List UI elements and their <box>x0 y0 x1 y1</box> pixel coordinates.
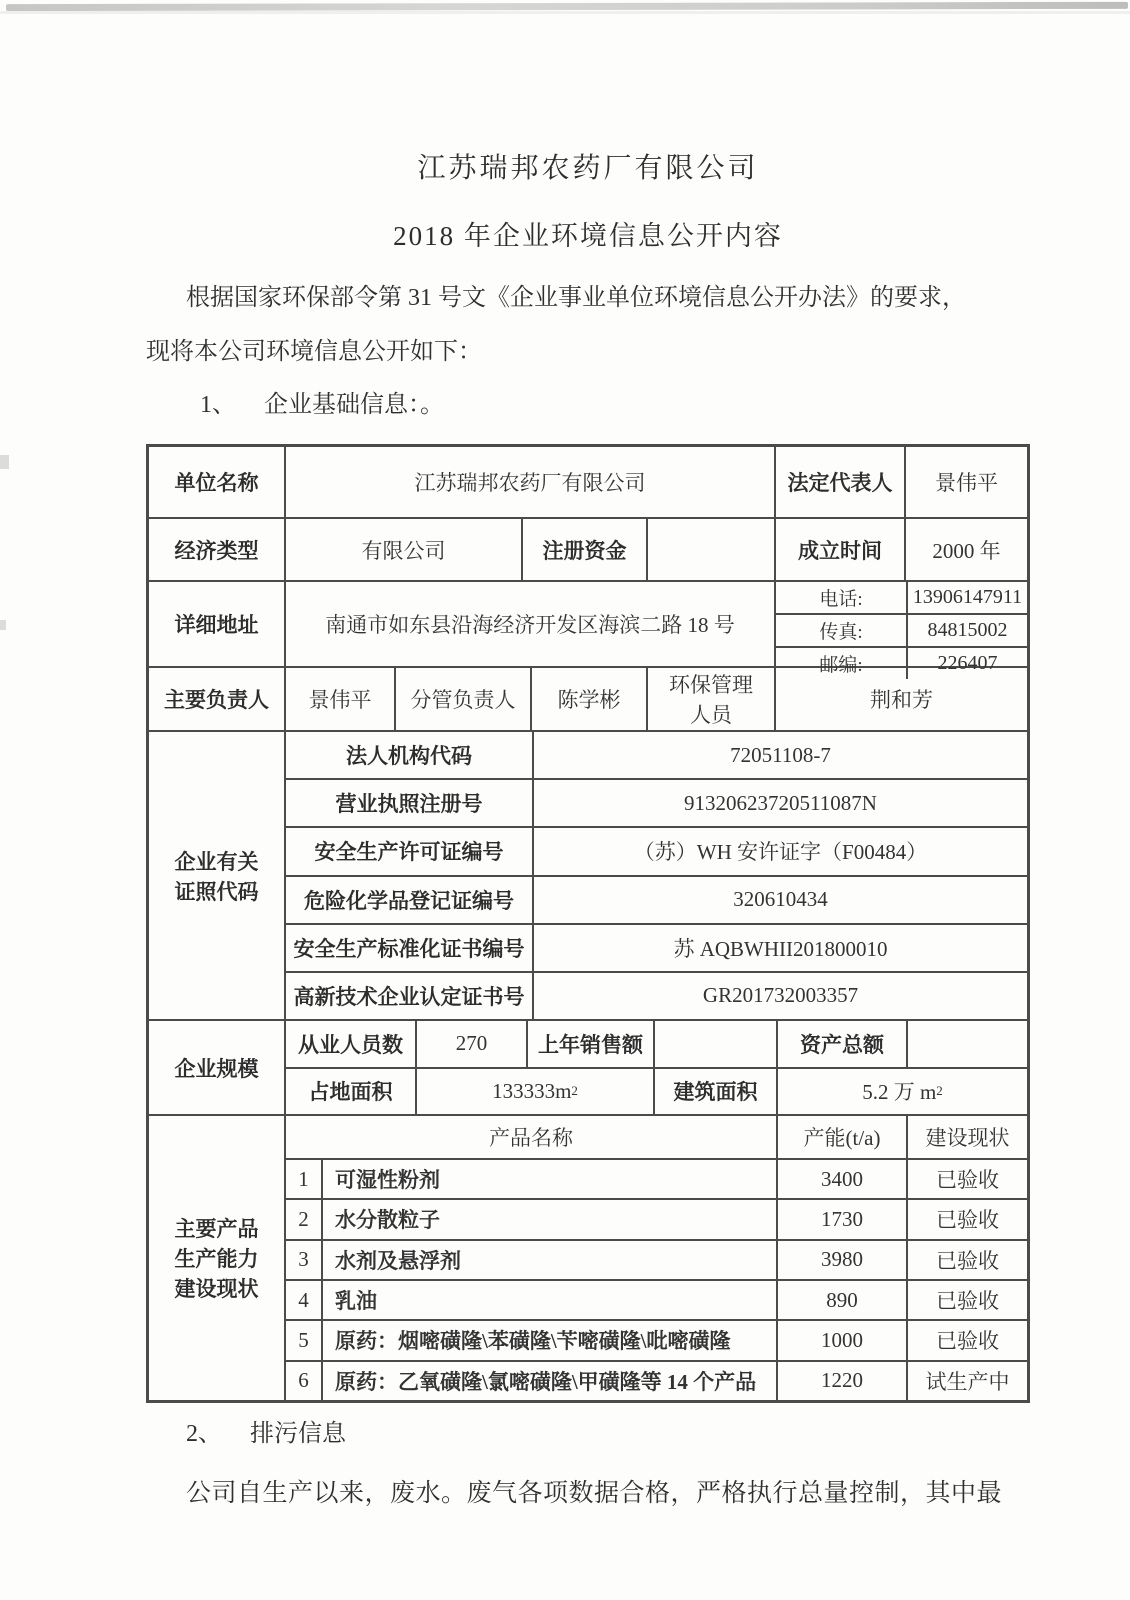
product-name: 原药：烟嘧磺隆\苯磺隆\苄嘧磺隆\吡嘧磺隆 <box>321 1321 776 1359</box>
sales-value <box>653 1021 776 1067</box>
established-value: 2000 年 <box>904 519 1027 580</box>
section-2-title: 排污信息 <box>250 1421 346 1447</box>
product-status: 已验收 <box>906 1281 1027 1319</box>
principal-label: 主要负责人 <box>149 668 284 730</box>
deputy-label: 分管负责人 <box>394 668 530 730</box>
product-no: 6 <box>286 1362 321 1400</box>
land-area-value: 133333m2 <box>415 1069 653 1115</box>
contact-row-phone: 电话: 13906147911 <box>776 582 1027 613</box>
license-value: 72051108-7 <box>532 732 1027 778</box>
product-no: 5 <box>286 1321 321 1359</box>
products-section-label: 主要产品生产能力建设现状 <box>149 1116 284 1400</box>
land-area-label: 占地面积 <box>286 1069 415 1115</box>
products-subtable: 产品名称 产能(t/a) 建设现状 1 可湿性粉剂 3400 已验收 2 水分散… <box>284 1116 1027 1400</box>
products-header-row: 产品名称 产能(t/a) 建设现状 <box>286 1116 1027 1158</box>
table-row-address: 详细地址 南通市如东县沿海经济开发区海滨二路 18 号 电话: 13906147… <box>149 580 1027 666</box>
table-row-unit-name: 单位名称 江苏瑞邦农药厂有限公司 法定代表人 景伟平 <box>149 447 1027 517</box>
licenses-subtable: 法人机构代码 72051108-7 营业执照注册号 91320623720511… <box>284 732 1027 1019</box>
product-name: 乳油 <box>321 1281 776 1319</box>
fax-value: 84815002 <box>906 615 1027 646</box>
legal-rep-value: 景伟平 <box>904 447 1027 517</box>
intro-line-1: 根据国家环保部令第 31 号文《企业事业单位环境信息公开办法》的要求， <box>146 271 1030 325</box>
license-label: 安全生产许可证编号 <box>286 828 532 874</box>
product-name: 水分散粒子 <box>321 1200 776 1238</box>
product-capacity: 1220 <box>776 1362 906 1400</box>
product-status: 试生产中 <box>906 1362 1027 1400</box>
product-capacity: 890 <box>776 1281 906 1319</box>
license-row: 危险化学品登记证编号 320610434 <box>286 875 1027 923</box>
table-section-products: 主要产品生产能力建设现状 产品名称 产能(t/a) 建设现状 1 可湿性粉剂 3… <box>149 1114 1027 1400</box>
license-value: GR201732003357 <box>532 973 1027 1019</box>
table-section-scale: 企业规模 从业人员数 270 上年销售额 资产总额 占地面积 133333m2 … <box>149 1019 1027 1114</box>
phone-label: 电话: <box>776 582 906 613</box>
fax-label: 传真: <box>776 615 906 646</box>
sales-label: 上年销售额 <box>526 1021 653 1067</box>
intro-line-2: 现将本公司环境信息公开如下： <box>146 325 1030 379</box>
assets-value <box>906 1021 1027 1067</box>
product-row: 6 原药：乙氧磺隆\氯嘧磺隆\甲磺隆等 14 个产品 1220 试生产中 <box>286 1360 1027 1400</box>
license-value: 苏 AQBWHII201800010 <box>532 925 1027 971</box>
scale-subtable: 从业人员数 270 上年销售额 资产总额 占地面积 133333m2 建筑面积 … <box>284 1021 1027 1114</box>
product-row: 4 乳油 890 已验收 <box>286 1279 1027 1319</box>
license-label: 高新技术企业认定证书号 <box>286 973 532 1019</box>
product-name: 水剂及悬浮剂 <box>321 1241 776 1279</box>
product-no: 2 <box>286 1200 321 1238</box>
product-row: 3 水剂及悬浮剂 3980 已验收 <box>286 1239 1027 1279</box>
license-row: 法人机构代码 72051108-7 <box>286 732 1027 778</box>
table-section-licenses: 企业有关证照代码 法人机构代码 72051108-7 营业执照注册号 91320… <box>149 730 1027 1019</box>
product-status: 已验收 <box>906 1200 1027 1238</box>
address-value: 南通市如东县沿海经济开发区海滨二路 18 号 <box>284 582 774 666</box>
closing-paragraph: 公司自生产以来，废水。废气各项数据合格，严格执行总量控制，其中最 <box>146 1473 1030 1509</box>
license-value: （苏）WH 安许证字（F00484） <box>532 828 1027 874</box>
phone-value: 13906147911 <box>906 582 1027 613</box>
product-row: 5 原药：烟嘧磺隆\苯磺隆\苄嘧磺隆\吡嘧磺隆 1000 已验收 <box>286 1319 1027 1359</box>
product-name: 可湿性粉剂 <box>321 1160 776 1198</box>
product-status: 已验收 <box>906 1321 1027 1359</box>
building-area-value: 5.2 万 m2 <box>776 1069 1027 1115</box>
document-title: 江苏瑞邦农药厂有限公司 <box>146 146 1030 186</box>
scale-row-2: 占地面积 133333m2 建筑面积 5.2 万 m2 <box>286 1067 1027 1115</box>
license-label: 法人机构代码 <box>286 732 532 778</box>
unit-name-value: 江苏瑞邦农药厂有限公司 <box>284 447 774 517</box>
product-row: 2 水分散粒子 1730 已验收 <box>286 1198 1027 1238</box>
legal-rep-label: 法定代表人 <box>774 447 904 517</box>
established-label: 成立时间 <box>774 519 904 580</box>
section-2-marker: 2、 <box>186 1417 222 1451</box>
product-status: 已验收 <box>906 1160 1027 1198</box>
economy-type-value: 有限公司 <box>284 519 521 580</box>
scale-row-1: 从业人员数 270 上年销售额 资产总额 <box>286 1021 1027 1067</box>
license-label: 安全生产标准化证书编号 <box>286 925 532 971</box>
product-capacity: 1000 <box>776 1321 906 1359</box>
product-capacity: 1730 <box>776 1200 906 1238</box>
product-name-header: 产品名称 <box>286 1116 776 1158</box>
contact-row-fax: 传真: 84815002 <box>776 613 1027 646</box>
license-value: 91320623720511087N <box>532 780 1027 826</box>
product-status: 已验收 <box>906 1241 1027 1279</box>
assets-label: 资产总额 <box>776 1021 906 1067</box>
product-capacity-header: 产能(t/a) <box>776 1116 906 1158</box>
scan-smudge <box>0 620 6 630</box>
env-manager-name: 荆和芳 <box>774 668 1027 730</box>
section-1-marker: 1、 <box>200 385 236 425</box>
license-label: 营业执照注册号 <box>286 780 532 826</box>
employees-value: 270 <box>415 1021 526 1067</box>
document-subtitle: 2018 年企业环境信息公开内容 <box>146 214 1030 253</box>
table-row-principals: 主要负责人 景伟平 分管负责人 陈学彬 环保管理人员 荆和芳 <box>149 666 1027 730</box>
product-no: 3 <box>286 1241 321 1279</box>
registered-capital-label: 注册资金 <box>521 519 646 580</box>
principal-name: 景伟平 <box>284 668 394 730</box>
license-row: 高新技术企业认定证书号 GR201732003357 <box>286 971 1027 1019</box>
section-1-title: 企业基础信息：。 <box>264 392 444 418</box>
document-page: 江苏瑞邦农药厂有限公司 2018 年企业环境信息公开内容 根据国家环保部令第 3… <box>146 0 1030 1509</box>
address-label: 详细地址 <box>149 582 284 666</box>
license-label: 危险化学品登记证编号 <box>286 877 532 923</box>
intro-paragraph: 根据国家环保部令第 31 号文《企业事业单位环境信息公开办法》的要求， 现将本公… <box>146 271 1030 379</box>
license-value: 320610434 <box>532 877 1027 923</box>
product-no: 1 <box>286 1160 321 1198</box>
product-name: 原药：乙氧磺隆\氯嘧磺隆\甲磺隆等 14 个产品 <box>321 1362 776 1400</box>
scale-section-label: 企业规模 <box>149 1021 284 1114</box>
unit-name-label: 单位名称 <box>149 447 284 517</box>
economy-type-label: 经济类型 <box>149 519 284 580</box>
product-capacity: 3400 <box>776 1160 906 1198</box>
product-no: 4 <box>286 1281 321 1319</box>
license-row: 营业执照注册号 91320623720511087N <box>286 778 1027 826</box>
licenses-section-label: 企业有关证照代码 <box>149 732 284 1019</box>
license-row: 安全生产许可证编号 （苏）WH 安许证字（F00484） <box>286 826 1027 874</box>
scan-smudge <box>0 455 9 469</box>
deputy-name: 陈学彬 <box>530 668 646 730</box>
license-row: 安全生产标准化证书编号 苏 AQBWHII201800010 <box>286 923 1027 971</box>
product-capacity: 3980 <box>776 1241 906 1279</box>
building-area-label: 建筑面积 <box>653 1069 776 1115</box>
env-manager-label: 环保管理人员 <box>646 668 774 730</box>
section-2-heading: 2、排污信息 <box>146 1417 1030 1451</box>
employees-label: 从业人员数 <box>286 1021 415 1067</box>
product-status-header: 建设现状 <box>906 1116 1027 1158</box>
section-1-heading: 1、企业基础信息：。 <box>146 385 1030 425</box>
product-row: 1 可湿性粉剂 3400 已验收 <box>286 1158 1027 1198</box>
contact-subtable: 电话: 13906147911 传真: 84815002 邮编: 226407 <box>774 582 1027 666</box>
company-info-table: 单位名称 江苏瑞邦农药厂有限公司 法定代表人 景伟平 经济类型 有限公司 注册资… <box>146 444 1030 1403</box>
table-row-economy: 经济类型 有限公司 注册资金 成立时间 2000 年 <box>149 517 1027 580</box>
registered-capital-value <box>646 519 774 580</box>
